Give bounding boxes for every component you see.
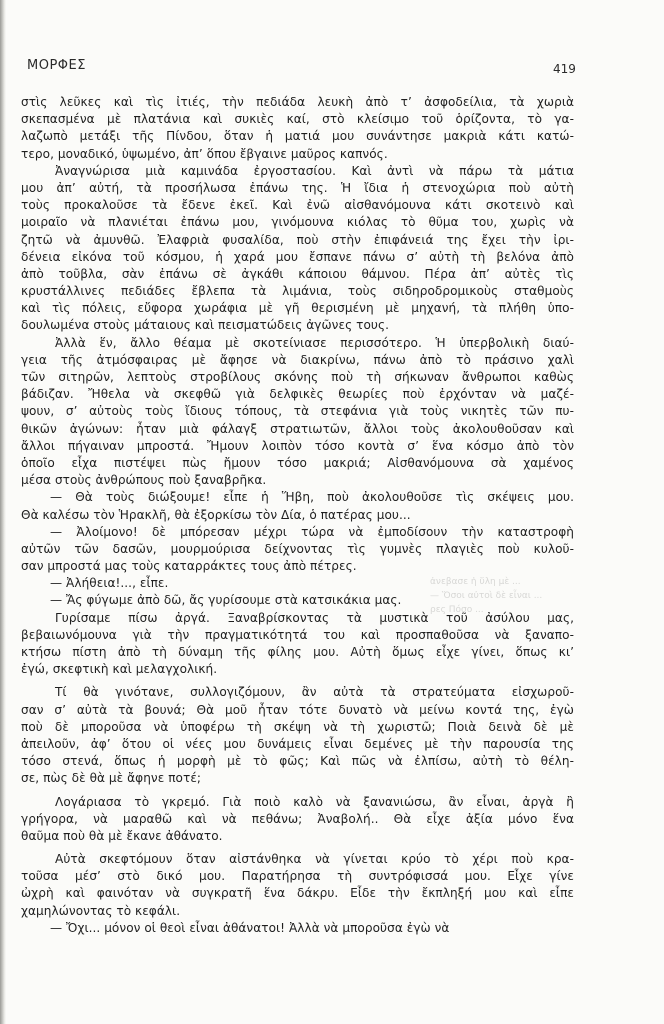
text-line: βεβαιωνόμουνα γιὰ τὴν πραγματικότητά του… — [21, 627, 574, 644]
text-line: αὐτῶν τῶν δασῶν, μουρμούρισα δείχνοντας … — [21, 541, 574, 558]
text-line: σαν σ’ αὐτὰ τὰ βουνά; Θὰ μοῦ ἦταν τότε δ… — [21, 702, 574, 719]
text-line: σκεπασμένα μὲ πλατάνια καὶ συκιὲς καί, σ… — [21, 111, 574, 128]
text-line: σαν μπροστά μας τοὺς καταρράκτες τους ἀπ… — [21, 558, 574, 575]
body-text: στὶς λεῦκες καὶ τὶς ἰτιές, τὴν πεδιάδα λ… — [21, 94, 574, 937]
text-line: ἄλλοι πήγαιναν μπροστά. Ἤμουν λοιπὸν τόσ… — [21, 438, 574, 455]
text-line: Ἀλλὰ ἕν, ἄλλο θέαμα μὲ σκοτείνιασε περισ… — [21, 335, 574, 352]
text-line: δένεια εἰκόνα τοῦ κόσμου, ἡ χαρά μου ἔσπ… — [21, 249, 574, 266]
text-line: ποὺ δὲ μποροῦσα νὰ ὑποφέρω τὴ σκέψη νὰ τ… — [21, 719, 574, 736]
text-line: γεια τῆς ἀτμόσφαιρας μὲ ἄφησε νὰ διακρίν… — [21, 352, 574, 369]
text-line: χαμηλώνοντας τὸ κεφάλι. — [21, 903, 574, 920]
text-line: Τί θὰ γινότανε, συλλογιζόμουν, ἂν αὐτὰ τ… — [21, 684, 574, 701]
text-line: μοιραῖο νὰ πλανιέται ἐπάνω μου, γινόμουν… — [21, 214, 574, 231]
text-line: δουλωμένα στοὺς μάταιους καὶ πεισματώδει… — [21, 317, 574, 334]
text-line: Γυρίσαμε πίσω ἀργά. Ξαναβρίσκοντας τὰ μυ… — [21, 610, 574, 627]
text-line: θαῦμα ποὺ θὰ μὲ ἔκανε ἀθάνατο. — [21, 828, 574, 845]
text-line: — Ἀλοίμονο! δὲ μπόρεσαν μέχρι τώρα νὰ ἐμ… — [21, 524, 574, 541]
text-line: στὶς λεῦκες καὶ τὶς ἰτιές, τὴν πεδιάδα λ… — [21, 94, 574, 111]
text-line: γρήγορα, νὰ μαραθῶ καὶ νὰ πεθάνω; Ἀναβολ… — [21, 811, 574, 828]
text-line: τερο, μοναδικό, ὑψωμένο, ἀπ’ ὅπου ἔβγαιν… — [21, 146, 574, 163]
text-line: — Ὄχι... μόνον οἱ θεοὶ εἶναι ἀθάνατοι! Ἀ… — [21, 920, 574, 937]
text-line: σε, πὼς δὲ θὰ μὲ ἄφηνε ποτέ; — [21, 770, 574, 787]
text-line: θικῶν ἀγώνων: ἦταν μιὰ φάλαγξ στρατιωτῶν… — [21, 421, 574, 438]
text-line: Λογάριασα τὸ γκρεμό. Γιὰ ποιὸ καλὸ νὰ ξα… — [21, 794, 574, 811]
text-line: τοῦσα μέσ’ στὸ δικό μου. Παρατήρησα τὴ σ… — [21, 868, 574, 885]
text-line: ζητῶ νὰ ἀμυνθῶ. Ἐλαφριὰ φυσαλίδα, ποὺ στ… — [21, 232, 574, 249]
text-line: μου ἀπ’ αὐτή, τὰ προσήλωσα ἐπάνω της. Ἡ … — [21, 180, 574, 197]
text-line: κρυστάλλινες πεδιάδες ἔβλεπα τὰ λιμάνια,… — [21, 283, 574, 300]
text-line: ὁποῖο εἶχα πιστέψει πὼς ἤμουν τόσο μακρι… — [21, 455, 574, 472]
text-line: καὶ τὶς πόλεις, εὔφορα χωράφια μὲ γῆ θερ… — [21, 300, 574, 317]
text-line: Αὐτὰ σκεφτόμουν ὅταν αἰστάνθηκα νὰ γίνετ… — [21, 851, 574, 868]
text-line: τόσο στενά, ὅπως ἡ μορφὴ μὲ τὸ φῶς; Καὶ … — [21, 753, 574, 770]
text-line: ἐγώ, σκεφτικὴ καὶ μελαγχολική. — [21, 661, 574, 678]
text-line: μέσα στοὺς ἀνθρώπους ποὺ ξαναβρῆκα. — [21, 472, 574, 489]
text-line: — Ἄς φύγωμε ἀπὸ δῶ, ἄς γυρίσουμε στὰ κατ… — [21, 592, 574, 609]
text-line: βάδιζαν. Ἤθελα νὰ σκεφθῶ γιὰ δελφικὲς θε… — [21, 386, 574, 403]
page-edge-shadow — [0, 0, 6, 1024]
text-line: — Ἀλήθεια!..., εἶπε. — [21, 575, 574, 592]
text-line: — Θὰ τοὺς διώξουμε! εἶπε ἡ Ἥβη, ποὺ ἀκολ… — [21, 489, 574, 506]
text-line: Ἀναγνώρισα μιὰ καμινάδα ἐργοστασίου. Καὶ… — [21, 163, 574, 180]
text-line: τοὺς προκαλοῦσε τὰ ἔδενε ἐκεῖ. Καὶ ἐνῶ α… — [21, 197, 574, 214]
page-number: 419 — [553, 62, 576, 76]
text-line: ψουν, σ’ αὐτοὺς τοὺς ἴδιους τόπους, τὰ σ… — [21, 403, 574, 420]
running-title: ΜΟΡΦΕΣ — [27, 58, 86, 73]
text-line: τῶν σιτηρῶν, λεπτοὺς στροβίλους σκόνης π… — [21, 369, 574, 386]
text-line: Θὰ καλέσω τὸν Ἡρακλῆ, θὰ ἐξορκίσω τὸν Δί… — [21, 507, 574, 524]
text-line: ὠχρὴ καὶ φαινόταν νὰ συγκρατῆ ἕνα δάκρυ.… — [21, 885, 574, 902]
text-line: κτήσω πίστη ἀπὸ τὴ δύναμη τῆς φίλης μου.… — [21, 644, 574, 661]
text-line: ἀπειλοῦν, ἀφ’ ὅτου οἱ νέες μου δυνάμεις … — [21, 736, 574, 753]
text-line: λαζωπὸ μετάξι τῆς Πίνδου, ὅταν ἡ ματιά μ… — [21, 128, 574, 145]
text-line: ἀπὸ τοῦβλα, σὰν ἐπάνω σὲ ἀγκάθι κάποιου … — [21, 266, 574, 283]
